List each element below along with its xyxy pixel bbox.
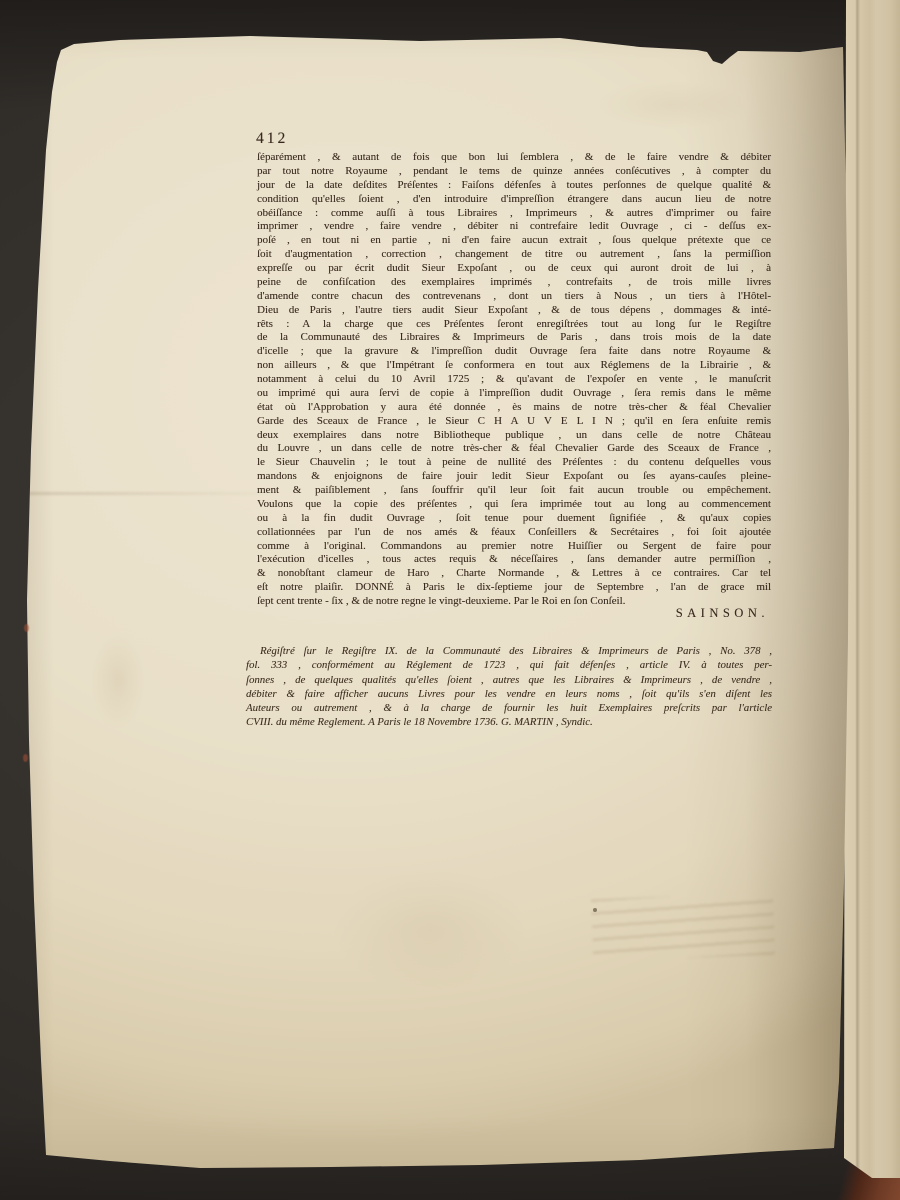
paper-edge-speck: [24, 624, 29, 632]
printed-content: 412 ſéparément , & autant de fois que bo…: [0, 0, 900, 1200]
text-line: d'amende contre chacun des contrevenans …: [257, 290, 771, 304]
text-line: l'exécution d'icelles , tous actes requi…: [257, 553, 771, 567]
text-line: deux exemplaires dans notre Bibliotheque…: [257, 429, 771, 443]
text-line: Auteurs ou autrement , & à la charge de …: [246, 701, 772, 715]
text-line: d'icelle ; que la gravure & l'impreſſion…: [257, 345, 771, 359]
text-line: imprimer , vendre , faire vendre , débit…: [257, 220, 771, 234]
text-line: obéiſſance : comme auſſi à tous Libraire…: [257, 207, 771, 221]
registration-note: Régiſtré ſur le Regiſtre IX. de la Commu…: [246, 644, 772, 730]
page-number: 412: [256, 130, 288, 148]
privilege-paragraph: ſéparément , & autant de fois que bon lu…: [257, 151, 771, 609]
text-line: Régiſtré ſur le Regiſtre IX. de la Commu…: [246, 644, 772, 658]
text-line: ſéparément , & autant de fois que bon lu…: [257, 151, 771, 165]
text-line: le Sieur Chauvelin ; le tout à peine de …: [257, 456, 771, 470]
text-line: collationnées par l'un de nos amés & féa…: [257, 526, 771, 540]
text-line: fol. 333 , conformément au Réglement de …: [246, 658, 772, 672]
text-line: non ailleurs , & que l'Impétrant ſe conf…: [257, 359, 771, 373]
text-line: du Louvre , un dans celle de notre très-…: [257, 442, 771, 456]
text-line: ou imprimé qui aura ſervi de copie à l'i…: [257, 387, 771, 401]
text-line: ſonnes , de quelques qualités qu'elles ſ…: [246, 673, 772, 687]
text-line: mandons & enjoignons de faire jouir ledi…: [257, 470, 771, 484]
book-photograph: 412 ſéparément , & autant de fois que bo…: [0, 0, 900, 1200]
text-line: Dieu de Paris , l'autre tiers audit Sieu…: [257, 304, 771, 318]
text-line: par tout notre Royaume , pendant le tems…: [257, 165, 771, 179]
text-line: ou à la fin dudit Ouvrage , ſoit tenue p…: [257, 512, 771, 526]
text-line: ſoit d'augmentation , correction , chang…: [257, 248, 771, 262]
text-line: ment & paiſiblement , ſans ſouffrir qu'i…: [257, 484, 771, 498]
signature: SAINSON.: [257, 606, 769, 621]
text-line: peine de confiſcation des exemplaires im…: [257, 276, 771, 290]
text-line: Voulons que la copie des préſentes , qui…: [257, 498, 771, 512]
text-line: condition qu'elles ſoient , d'en introdu…: [257, 193, 771, 207]
paper-edge-speck: [23, 754, 28, 762]
text-line: CVIII. du même Reglement. A Paris le 18 …: [246, 715, 772, 729]
text-line: comme à l'original. Commandons au premie…: [257, 540, 771, 554]
text-line: expreſſe ou par écrit dudit Sieur Expoſa…: [257, 262, 771, 276]
text-line: poſé , en tout ni en partie , ni d'en fa…: [257, 234, 771, 248]
text-line: eſt notre plaiſir. DONNÉ à Paris le dix-…: [257, 581, 771, 595]
text-line: état où l'Approbation y aura été donnée …: [257, 401, 771, 415]
text-line: notamment à celui du 10 Avril 1725 ; & q…: [257, 373, 771, 387]
text-line: rêts : A la charge que ces Préſentes ſer…: [257, 318, 771, 332]
text-line: de la Communauté des Libraires & Imprime…: [257, 331, 771, 345]
text-line: & nonobſtant clameur de Haro , Charte No…: [257, 567, 771, 581]
text-line: Garde des Sceaux de France , le Sieur C …: [257, 415, 771, 429]
text-line: jour de la date deſdites Préſentes : Fai…: [257, 179, 771, 193]
text-line: débiter & faire afficher aucuns Livres p…: [246, 687, 772, 701]
